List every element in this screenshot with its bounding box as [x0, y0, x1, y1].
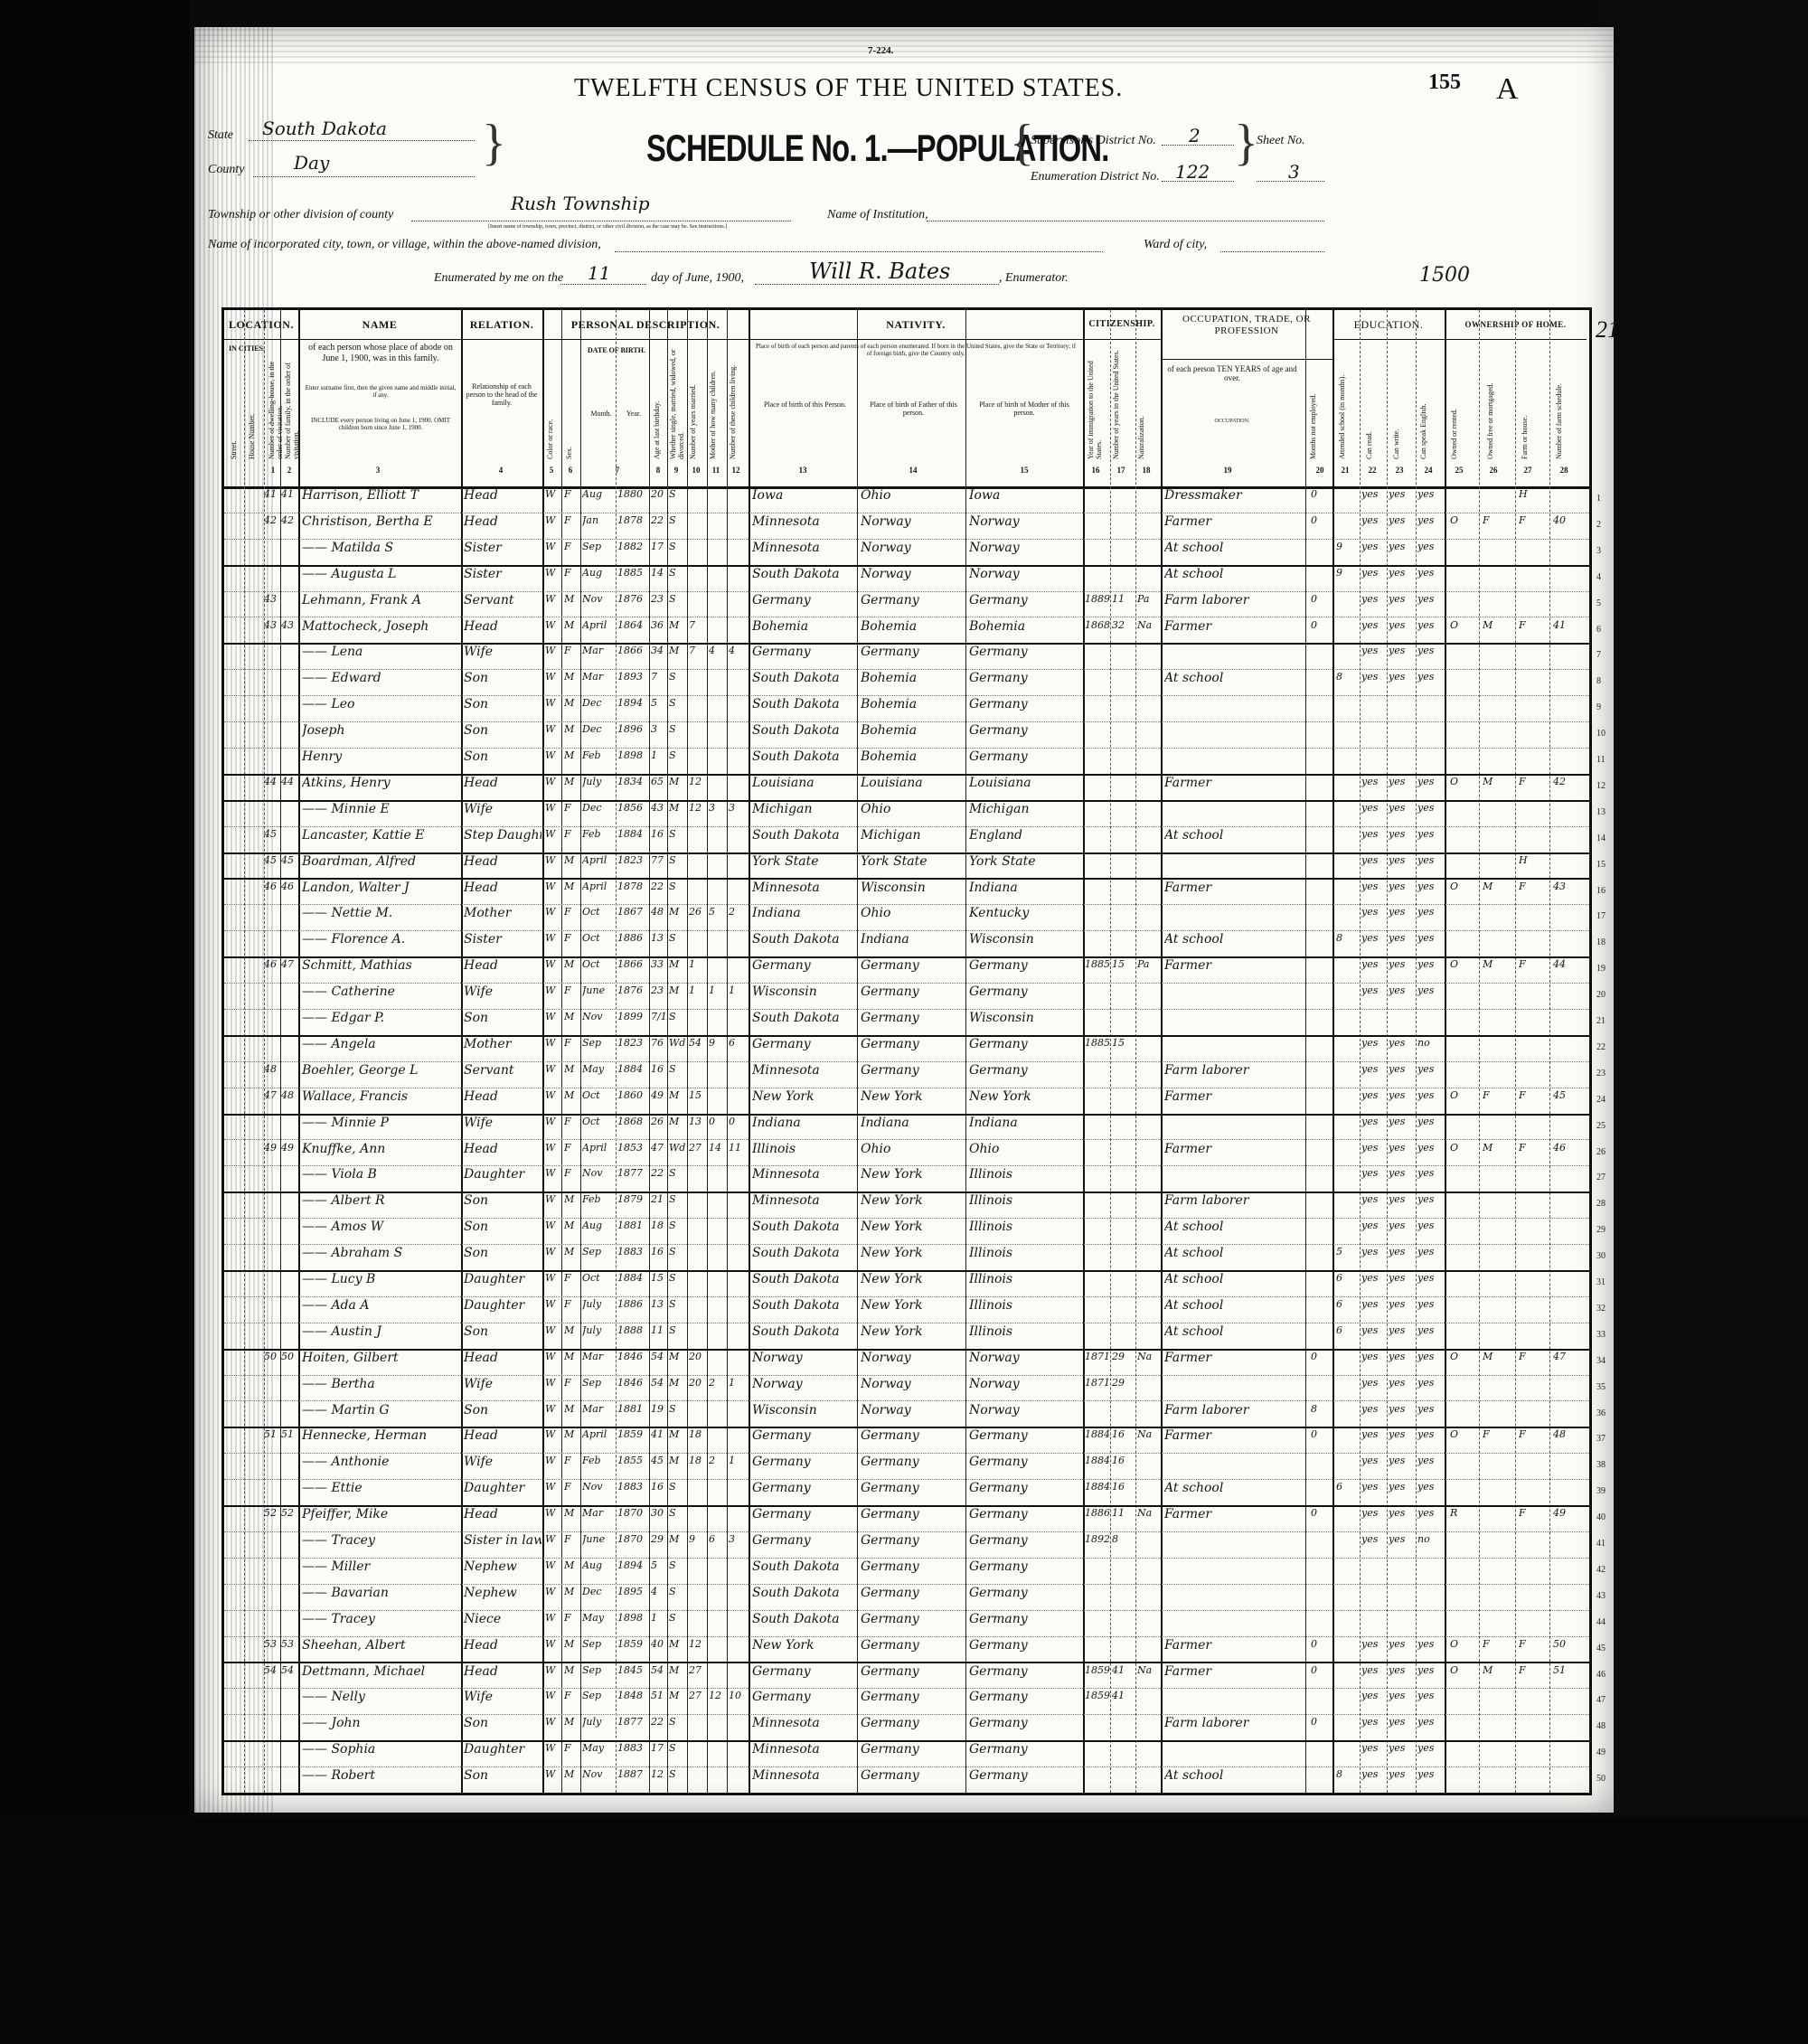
cell-own: O [1450, 958, 1477, 970]
cell-col: W [545, 1742, 560, 1754]
cell-bf: Michigan [861, 828, 965, 843]
cell-sch: 9 [1336, 541, 1358, 552]
cell-name: —— Angela [302, 1037, 459, 1051]
cell-yr: 1867 [617, 906, 648, 918]
cell-mo: Aug [582, 1220, 615, 1231]
cell-mar: S [669, 541, 685, 552]
cell-rd: yes [1361, 1428, 1387, 1440]
cell-yr: 1866 [617, 645, 648, 656]
cell-mo: Dec [582, 1586, 615, 1597]
colnum-16: 16 [1087, 466, 1105, 475]
colnum-12: 12 [727, 466, 745, 475]
cell-yr: 1859 [617, 1428, 648, 1440]
cell-col: W [545, 984, 560, 996]
page-number: 155 [1428, 71, 1461, 95]
cell-age: 36 [651, 619, 667, 631]
sheet-line [1257, 181, 1324, 182]
birth-father-label: Place of birth of Father of this person. [862, 400, 965, 417]
cell-fs: 41 [1553, 619, 1584, 631]
row-number: 13 [1596, 807, 1606, 817]
cell-mo: Feb [582, 828, 615, 840]
cell-fh: F [1519, 1664, 1548, 1676]
cell-mar: S [669, 881, 685, 892]
sheet-label: Sheet No. [1257, 134, 1305, 148]
table-row: 4647Schmitt, MathiasHeadWMOct186633M1Ger… [224, 956, 1589, 984]
cell-bp: Wisconsin [752, 984, 856, 999]
cell-sex: F [564, 1037, 579, 1049]
cell-en: yes [1417, 1768, 1443, 1780]
cell-bp: Germany [752, 1533, 856, 1548]
cell-rel: Daughter [464, 1742, 541, 1757]
cell-en: yes [1417, 671, 1443, 683]
cell-yr: 1893 [617, 671, 648, 683]
cell-col: W [545, 1037, 560, 1049]
cell-col: W [545, 828, 560, 840]
cell-rel: Head [464, 1089, 541, 1104]
cell-yus: 29 [1112, 1351, 1135, 1362]
cell-imm: 1871 [1085, 1377, 1110, 1389]
cell-fh: F [1519, 1142, 1548, 1154]
cell-rel: Niece [464, 1612, 541, 1626]
cell-yr: 1887 [617, 1768, 648, 1780]
cell-en: yes [1417, 1063, 1443, 1075]
cell-rel: Wife [464, 1116, 541, 1130]
cell-col: W [545, 1664, 560, 1676]
cell-bm: Norway [969, 541, 1082, 555]
cell-bm: Germany [969, 1063, 1082, 1078]
cell-rd: yes [1361, 1246, 1387, 1257]
cell-mo: Sep [582, 1638, 615, 1650]
cell-bp: South Dakota [752, 828, 856, 843]
colnum-18: 18 [1137, 466, 1155, 475]
colnum-13: 13 [794, 466, 812, 475]
cell-occ: Farmer [1164, 881, 1304, 895]
cell-age: 16 [651, 828, 667, 840]
cell-col: W [545, 1768, 560, 1780]
cell-mar: S [669, 1507, 685, 1519]
cell-nat: Na [1137, 1428, 1160, 1440]
cell-wr: yes [1389, 1455, 1414, 1466]
cell-bm: Michigan [969, 802, 1082, 816]
cell-age: 29 [651, 1533, 667, 1545]
cell-bf: Germany [861, 1428, 965, 1443]
cell-ym: 15 [689, 1089, 705, 1101]
cell-cl: 1 [729, 1377, 745, 1389]
cell-bf: Germany [861, 1612, 965, 1626]
table-row: —— Minnie EWifeWFDec185643M1233MichiganO… [224, 800, 1589, 827]
cell-wr: yes [1389, 1428, 1414, 1440]
cell-age: 48 [651, 906, 667, 918]
cell-rel: Head [464, 514, 541, 529]
cell-bm: Norway [969, 1351, 1082, 1365]
cell-yus: 16 [1112, 1481, 1135, 1493]
cell-age: 13 [651, 932, 667, 944]
colnum-4: 4 [492, 466, 510, 475]
table-row: 4748Wallace, FrancisHeadWMOct186049M15Ne… [224, 1088, 1589, 1116]
cell-bf: New York [861, 1220, 965, 1234]
cell-mo: July [582, 1324, 615, 1336]
cell-yus: 15 [1112, 958, 1135, 970]
cell-en: yes [1417, 1664, 1443, 1676]
cell-bp: South Dakota [752, 567, 856, 581]
cell-bf: Norway [861, 567, 965, 581]
township-value: Rush Township [511, 193, 650, 214]
vh-farm-schedule: Number of farm schedule. [1555, 346, 1563, 459]
cell-yr: 1884 [617, 828, 648, 840]
cell-mar: Wd [669, 1037, 685, 1049]
cell-unemp: 0 [1311, 1507, 1329, 1519]
cell-yr: 1886 [617, 1298, 648, 1310]
cell-yr: 1866 [617, 958, 648, 970]
colnum-24: 24 [1419, 466, 1437, 475]
cell-sch: 8 [1336, 932, 1358, 944]
cell-bp: Minnesota [752, 1742, 856, 1757]
cell-name: Atkins, Henry [302, 776, 459, 790]
cell-bp: Germany [752, 1428, 856, 1443]
vh-naturalization: Naturalization. [1137, 346, 1145, 459]
cell-mar: S [669, 1586, 685, 1597]
cell-mar: Wd [669, 1142, 685, 1154]
day-line [560, 284, 646, 285]
cell-age: 23 [651, 593, 667, 605]
cell-sex: F [564, 932, 579, 944]
table-row: HenrySonWMFeb18981SSouth DakotaBohemiaGe… [224, 748, 1589, 776]
occupation-description: of each person TEN YEARS of age and over… [1164, 364, 1300, 383]
cell-col: W [545, 1246, 560, 1257]
margin-note: 21 [1596, 316, 1619, 344]
cell-col: W [545, 802, 560, 814]
state-label: State [208, 128, 233, 143]
cell-bm: Bohemia [969, 619, 1082, 634]
cell-col: W [545, 1298, 560, 1310]
cell-age: 43 [651, 802, 667, 814]
cell-rd: yes [1361, 1116, 1387, 1127]
vh-sex: Sex. [565, 364, 573, 459]
cell-bm: Indiana [969, 881, 1082, 895]
cell-bm: Germany [969, 1664, 1082, 1679]
cell-age: 22 [651, 514, 667, 526]
cell-rel: Son [464, 749, 541, 764]
cell-yus: 41 [1112, 1664, 1135, 1676]
cell-col: W [545, 671, 560, 683]
cell-yr: 1894 [617, 1559, 648, 1571]
cell-wr: yes [1389, 1638, 1414, 1650]
cell-mo: May [582, 1063, 615, 1075]
vh-immigration: Year of immigration to the United States… [1087, 346, 1103, 459]
cell-mar: S [669, 488, 685, 500]
cell-nat: Na [1137, 619, 1160, 631]
population-table: LOCATION. IN CITIES. NAME of each person… [221, 307, 1592, 1795]
cell-rel: Head [464, 619, 541, 634]
cell-age: 51 [651, 1690, 667, 1701]
cell-bm: Illinois [969, 1167, 1082, 1182]
cell-en: yes [1417, 1428, 1443, 1440]
cell-imm: 1884 [1085, 1455, 1110, 1466]
cell-name: —— Abraham S [302, 1246, 459, 1260]
sheet-value: 3 [1288, 161, 1300, 183]
cell-sch: 6 [1336, 1298, 1358, 1310]
cell-sex: M [564, 776, 579, 787]
cell-mo: July [582, 1298, 615, 1310]
cell-wr: yes [1389, 1193, 1414, 1205]
cell-ym: 18 [689, 1428, 705, 1440]
cell-en: yes [1417, 932, 1443, 944]
cell-mar: S [669, 567, 685, 579]
cell-en: yes [1417, 645, 1443, 656]
cell-name: —— Tracey [302, 1612, 459, 1626]
cell-mar: M [669, 1533, 685, 1545]
census-page: 7-224. TWELFTH CENSUS OF THE UNITED STAT… [194, 27, 1614, 1813]
group-occupation: OCCUPATION, TRADE, OR PROFESSION [1161, 310, 1334, 360]
cell-rd: yes [1361, 619, 1387, 631]
cell-mo: Jan [582, 514, 615, 526]
cell-en: yes [1417, 984, 1443, 996]
cell-sex: F [564, 1167, 579, 1179]
row-number: 11 [1596, 755, 1606, 765]
colnum-5: 5 [542, 466, 560, 475]
cell-bm: Louisiana [969, 776, 1082, 790]
cell-rd: yes [1361, 1220, 1387, 1231]
cell-occ: At school [1164, 1220, 1304, 1234]
cell-mar: S [669, 1716, 685, 1728]
cell-yr: 1888 [617, 1324, 648, 1336]
cell-bp: South Dakota [752, 1559, 856, 1574]
cell-yr: 1870 [617, 1533, 648, 1545]
cell-occ: Dressmaker [1164, 488, 1304, 503]
cell-rel: Servant [464, 593, 541, 608]
ward-line [1220, 251, 1324, 252]
cell-name: —— Florence A. [302, 932, 459, 947]
table-row: 5252Pfeiffer, MikeHeadWMMar187030SGerman… [224, 1505, 1589, 1532]
cell-mar: S [669, 1272, 685, 1284]
cell-mar: S [669, 828, 685, 840]
cell-fam: 43 [281, 619, 297, 631]
cell-name: Schmitt, Mathias [302, 958, 459, 973]
table-row: 5151Hennecke, HermanHeadWMApril185941M18… [224, 1427, 1589, 1454]
cell-ym: 12 [689, 1638, 705, 1650]
cell-sex: F [564, 488, 579, 500]
cell-mo: May [582, 1742, 615, 1754]
cell-name: Pfeiffer, Mike [302, 1507, 459, 1521]
cell-en: yes [1417, 1638, 1443, 1650]
cell-bp: Minnesota [752, 1193, 856, 1208]
nativity-description: Place of birth of each person and parent… [753, 343, 1078, 357]
cell-rel: Head [464, 1142, 541, 1156]
cell-fs: 51 [1553, 1664, 1584, 1676]
cell-col: W [545, 1167, 560, 1179]
cell-fm: M [1483, 1664, 1513, 1676]
cell-bm: Illinois [969, 1272, 1082, 1286]
cell-mo: Nov [582, 1481, 615, 1493]
cell-age: 22 [651, 881, 667, 892]
cell-yr: 1823 [617, 854, 648, 866]
row-number: 38 [1596, 1460, 1606, 1470]
cell-mo: Feb [582, 1455, 615, 1466]
cell-sch: 6 [1336, 1272, 1358, 1284]
cell-bf: Germany [861, 1690, 965, 1704]
cell-occ: At school [1164, 828, 1304, 843]
ward-label: Ward of city, [1144, 238, 1207, 252]
cell-rel: Sister in law [464, 1533, 541, 1548]
cell-sex: M [564, 1638, 579, 1650]
cell-bp: Louisiana [752, 776, 856, 790]
cell-mo: Sep [582, 1377, 615, 1389]
cell-rd: yes [1361, 776, 1387, 787]
cell-rd: yes [1361, 1638, 1387, 1650]
cell-nat: Na [1137, 1351, 1160, 1362]
cell-rel: Head [464, 958, 541, 973]
cell-dw: 46 [264, 881, 280, 892]
cell-fam: 49 [281, 1142, 297, 1154]
cell-rel: Wife [464, 1377, 541, 1391]
cell-bf: Ohio [861, 906, 965, 920]
cell-yr: 1883 [617, 1742, 648, 1754]
cell-mo: May [582, 1612, 615, 1624]
cell-mo: Dec [582, 697, 615, 709]
cell-yr: 1883 [617, 1246, 648, 1257]
year-label: Year. [618, 410, 649, 418]
cell-mo: July [582, 1716, 615, 1728]
cell-bp: York State [752, 854, 856, 869]
cell-col: W [545, 854, 560, 866]
table-row: —— SophiaDaughterWFMay188317SMinnesotaGe… [224, 1740, 1589, 1767]
colnum-21: 21 [1336, 466, 1354, 475]
cell-sex: F [564, 802, 579, 814]
cell-rd: yes [1361, 1167, 1387, 1179]
cell-yr: 1846 [617, 1351, 648, 1362]
cell-occ: At school [1164, 1298, 1304, 1313]
cell-sex: F [564, 1116, 579, 1127]
cell-occ: Farmer [1164, 1638, 1304, 1653]
cell-bf: Norway [861, 1377, 965, 1391]
cell-name: —— Edward [302, 671, 459, 685]
cell-yr: 1876 [617, 593, 648, 605]
cell-sch: 5 [1336, 1246, 1358, 1257]
cell-bf: Germany [861, 1559, 965, 1574]
cell-en: yes [1417, 1481, 1443, 1493]
cell-rd: yes [1361, 488, 1387, 500]
cell-yus: 41 [1112, 1690, 1135, 1701]
cell-bf: Bohemia [861, 697, 965, 711]
cell-rel: Wife [464, 802, 541, 816]
cell-rel: Servant [464, 1063, 541, 1078]
cell-col: W [545, 749, 560, 761]
cell-occ: Farmer [1164, 1089, 1304, 1104]
cell-age: 21 [651, 1193, 667, 1205]
cell-rel: Head [464, 1638, 541, 1653]
date-of-birth-label: DATE OF BIRTH. [584, 346, 649, 354]
cell-col: W [545, 1507, 560, 1519]
cell-rel: Son [464, 1246, 541, 1260]
cell-col: W [545, 541, 560, 552]
cell-age: 30 [651, 1507, 667, 1519]
occupation-sub-label: OCCUPATION. [1164, 419, 1300, 425]
row-number: 36 [1596, 1408, 1606, 1418]
cell-age: 5 [651, 697, 667, 709]
cell-rd: yes [1361, 906, 1387, 918]
month-label: Month. [586, 410, 617, 418]
cell-yr: 1834 [617, 776, 648, 787]
cell-mar: S [669, 854, 685, 866]
cell-mo: Dec [582, 802, 615, 814]
cell-own: O [1450, 1664, 1477, 1676]
cell-bm: Illinois [969, 1298, 1082, 1313]
cell-ym: 20 [689, 1377, 705, 1389]
cell-rd: yes [1361, 1142, 1387, 1154]
cell-mo: Nov [582, 1011, 615, 1022]
cell-mo: April [582, 1428, 615, 1440]
cell-bp: Wisconsin [752, 1403, 856, 1418]
row-number: 4 [1596, 572, 1601, 582]
cell-fh: H [1519, 854, 1548, 866]
cell-nat: Pa [1137, 958, 1160, 970]
cell-yr: 1881 [617, 1403, 648, 1415]
table-row: 4949Knuffke, AnnHeadWFApril185347Wd27141… [224, 1140, 1589, 1167]
table-row: —— LeoSonWMDec18945SSouth DakotaBohemiaG… [224, 695, 1589, 722]
cell-cl: 3 [729, 802, 745, 814]
cell-col: W [545, 906, 560, 918]
cell-col: W [545, 1089, 560, 1101]
cell-en: yes [1417, 593, 1443, 605]
group-education: EDUCATION. [1332, 310, 1446, 340]
supervisor-line [1162, 145, 1234, 146]
cell-mar: S [669, 1612, 685, 1624]
cell-wr: yes [1389, 1246, 1414, 1257]
cell-sex: M [564, 1351, 579, 1362]
cell-occ: At school [1164, 671, 1304, 685]
cell-occ: Farm laborer [1164, 1063, 1304, 1078]
cell-fam: 52 [281, 1507, 297, 1519]
cell-ym: 9 [689, 1533, 705, 1545]
cell-name: —— John [302, 1716, 459, 1730]
table-row: 5050Hoiten, GilbertHeadWMMar184654M20Nor… [224, 1349, 1589, 1376]
cell-yr: 1878 [617, 881, 648, 892]
cell-rd: yes [1361, 1351, 1387, 1362]
cell-mo: Sep [582, 1037, 615, 1049]
cell-bp: Norway [752, 1351, 856, 1365]
cell-rd: yes [1361, 1324, 1387, 1336]
cell-name: —— Martin G [302, 1403, 459, 1418]
cell-occ: Farm laborer [1164, 593, 1304, 608]
cell-rel: Son [464, 1324, 541, 1339]
cell-yr: 1881 [617, 1220, 648, 1231]
cell-mo: Mar [582, 671, 615, 683]
cell-age: 26 [651, 1116, 667, 1127]
cell-rel: Daughter [464, 1481, 541, 1495]
cell-bf: Louisiana [861, 776, 965, 790]
cell-occ: Farmer [1164, 776, 1304, 790]
cell-bf: Germany [861, 1481, 965, 1495]
cell-mo: April [582, 881, 615, 892]
cell-own: O [1450, 1428, 1477, 1440]
cell-name: —— Austin J [302, 1324, 459, 1339]
cell-wr: yes [1389, 854, 1414, 866]
cell-name: Christison, Bertha E [302, 514, 459, 529]
cell-mo: Oct [582, 958, 615, 970]
cell-fam: 41 [281, 488, 297, 500]
colnum-22: 22 [1363, 466, 1381, 475]
cell-sex: F [564, 984, 579, 996]
form-number: 7-224. [868, 45, 893, 56]
cell-name: —— Catherine [302, 984, 459, 999]
table-row: —— TraceySister in lawWFJune187029M963Ge… [224, 1531, 1589, 1559]
cell-rel: Wife [464, 1690, 541, 1704]
cell-en: yes [1417, 1116, 1443, 1127]
cell-en: yes [1417, 1403, 1443, 1415]
cell-rd: yes [1361, 1272, 1387, 1284]
cell-rel: Mother [464, 1037, 541, 1051]
cell-bf: Ohio [861, 488, 965, 503]
